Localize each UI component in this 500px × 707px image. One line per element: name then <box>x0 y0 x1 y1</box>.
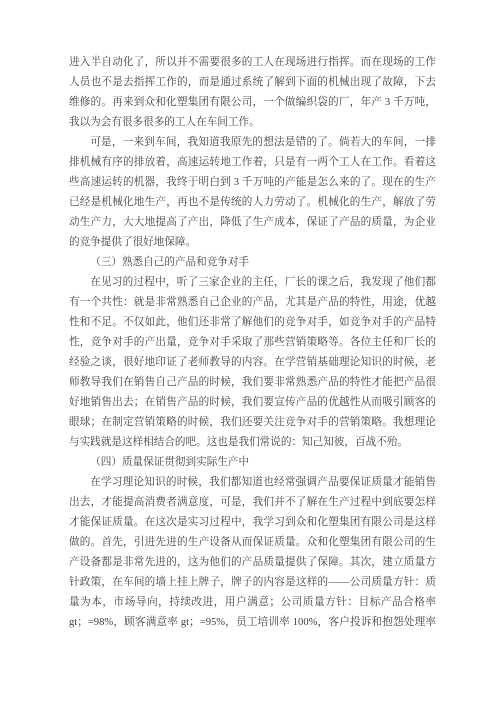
text-line: 才能保证质量。在这次是实习过程中，我学习到众和化塑集团有限公司是这样 <box>69 513 436 533</box>
text-line: 性，竞争对手的产出量，竞争对手采取了那些营销策略等。各位主任和厂长的 <box>69 333 436 353</box>
text-line: 排机械有序的排放着，高速运转地工作着，只是有一两个工人在工作。看着这 <box>69 153 436 173</box>
text-line: 可是，一来到车间，我知道我原先的想法是错的了。倘若大的车间，一排 <box>69 133 436 153</box>
text-line: 好地销售出去；在销售产品的时候，我们要宣传产品的优越性从而吸引顾客的 <box>69 393 436 413</box>
text-line: 出去，才能提高消费者满意度，可是，我们并不了解在生产过程中到底要怎样 <box>69 493 436 513</box>
section-heading: （四）质量保证贯彻到实际生产中 <box>69 453 436 473</box>
text-line: 在学习理论知识的时候，我们都知道也经常强调产品要保证质量才能销售 <box>69 473 436 493</box>
text-line: 在见习的过程中，听了三家企业的主任，厂长的课之后，我发现了他们都 <box>69 273 436 293</box>
text-line: 做的。首先，引进先进的生产设备从而保证质量。众和化塑集团有限公司的生 <box>69 533 436 553</box>
text-line: 与实践就是这样相结合的吧。这也是我们常说的：知己知彼，百战不殆。 <box>69 433 436 453</box>
text-line: 些高速运转的机器，我终于明白到 3 千万吨的产能是怎么来的了。现在的生产 <box>69 173 436 193</box>
text-line: 的竞争提供了很好地保障。 <box>69 233 436 253</box>
text-line: 我以为会有很多很多的工人在车间工作。 <box>69 113 436 133</box>
document-page: 进入半自动化了，所以并不需要很多的工人在现场进行指挥。而在现场的工作 人员也不是… <box>0 0 500 707</box>
text-line: gt；=98%，顾客满意率 gt；=95%，员工培训率 100%，客户投诉和抱怨… <box>69 613 436 633</box>
text-line: 针政策，在车间的墙上挂上牌子，牌子的内容是这样的——公司质量方针：质 <box>69 573 436 593</box>
text-line: 产设备都是非常先进的，这为他们的产品质量提供了保障。其次，建立质量方 <box>69 553 436 573</box>
text-line: 经验之谈，很好地印证了老师教导的内容。在学营销基础理论知识的时候，老 <box>69 353 436 373</box>
text-line: 人员也不是去指挥工作的，而是通过系统了解到下面的机械出现了故障，下去 <box>69 73 436 93</box>
text-block: 进入半自动化了，所以并不需要很多的工人在现场进行指挥。而在现场的工作 人员也不是… <box>69 53 436 633</box>
text-line: 性和不足。不仅如此，他们还非常了解他们的竞争对手，如竞争对手的产品特 <box>69 313 436 333</box>
text-line: 动生产力，大大地提高了产出，降低了生产成本，保证了产品的质量，为企业 <box>69 213 436 233</box>
section-heading: （三）熟悉自己的产品和竞争对手 <box>69 253 436 273</box>
text-line: 量为本，市场导向，持续改进，用户满意；公司质量方针：目标产品合格率 <box>69 593 436 613</box>
text-line: 已经是机械化地生产，再也不是传统的人力劳动了。机械化的生产，解放了劳 <box>69 193 436 213</box>
text-line: 师教导我们在销售自己产品的时候，我们要非常熟悉产品的特性才能把产品很 <box>69 373 436 393</box>
text-line: 有一个共性：就是非常熟悉自己企业的产品，尤其是产品的特性，用途，优越 <box>69 293 436 313</box>
text-line: 进入半自动化了，所以并不需要很多的工人在现场进行指挥。而在现场的工作 <box>69 53 436 73</box>
text-line: 维修的。再来到众和化塑集团有限公司，一个做编织袋的厂，年产 3 千万吨， <box>69 93 436 113</box>
text-line: 眼球；在制定营销策略的时候，我们还要关注竞争对手的营销策略。我想理论 <box>69 413 436 433</box>
